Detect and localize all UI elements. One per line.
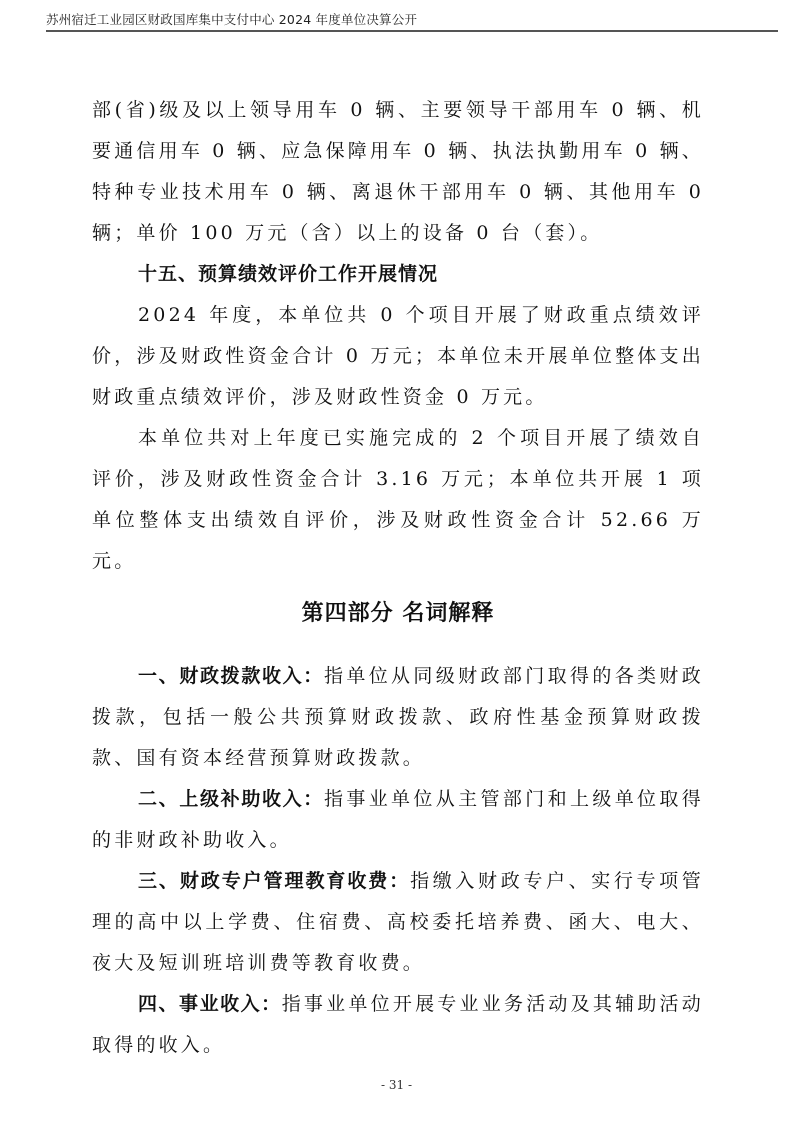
part-4-title: 第四部分 名词解释 bbox=[92, 592, 704, 636]
paragraph-evaluation-key: 2024 年度，本单位共 0 个项目开展了财政重点绩效评价，涉及财政性资金合计 … bbox=[92, 295, 704, 418]
page-number: - 31 - bbox=[0, 1078, 793, 1092]
section-15-heading: 十五、预算绩效评价工作开展情况 bbox=[92, 254, 704, 295]
page-content: 部(省)级及以上领导用车 0 辆、主要领导干部用车 0 辆、机要通信用车 0 辆… bbox=[92, 90, 704, 1066]
term-label: 一、财政拨款收入： bbox=[138, 665, 324, 687]
term-label: 四、事业收入： bbox=[138, 993, 282, 1015]
term-label: 三、财政专户管理教育收费： bbox=[138, 870, 410, 892]
paragraph-evaluation-self: 本单位共对上年度已实施完成的 2 个项目开展了绩效自评价，涉及财政性资金合计 3… bbox=[92, 418, 704, 582]
term-item: 四、事业收入：指事业单位开展专业业务活动及其辅助活动取得的收入。 bbox=[92, 984, 704, 1066]
term-label: 二、上级补助收入： bbox=[138, 788, 324, 810]
term-item: 一、财政拨款收入：指单位从同级财政部门取得的各类财政拨款，包括一般公共预算财政拨… bbox=[92, 656, 704, 779]
term-item: 三、财政专户管理教育收费：指缴入财政专户、实行专项管理的高中以上学费、住宿费、高… bbox=[92, 861, 704, 984]
header-divider bbox=[46, 30, 778, 32]
page-header: 苏州宿迁工业园区财政国库集中支付中心 2024 年度单位决算公开 bbox=[46, 12, 778, 32]
paragraph-vehicles: 部(省)级及以上领导用车 0 辆、主要领导干部用车 0 辆、机要通信用车 0 辆… bbox=[92, 90, 704, 254]
term-item: 二、上级补助收入：指事业单位从主管部门和上级单位取得的非财政补助收入。 bbox=[92, 779, 704, 861]
header-title: 苏州宿迁工业园区财政国库集中支付中心 2024 年度单位决算公开 bbox=[46, 12, 778, 28]
